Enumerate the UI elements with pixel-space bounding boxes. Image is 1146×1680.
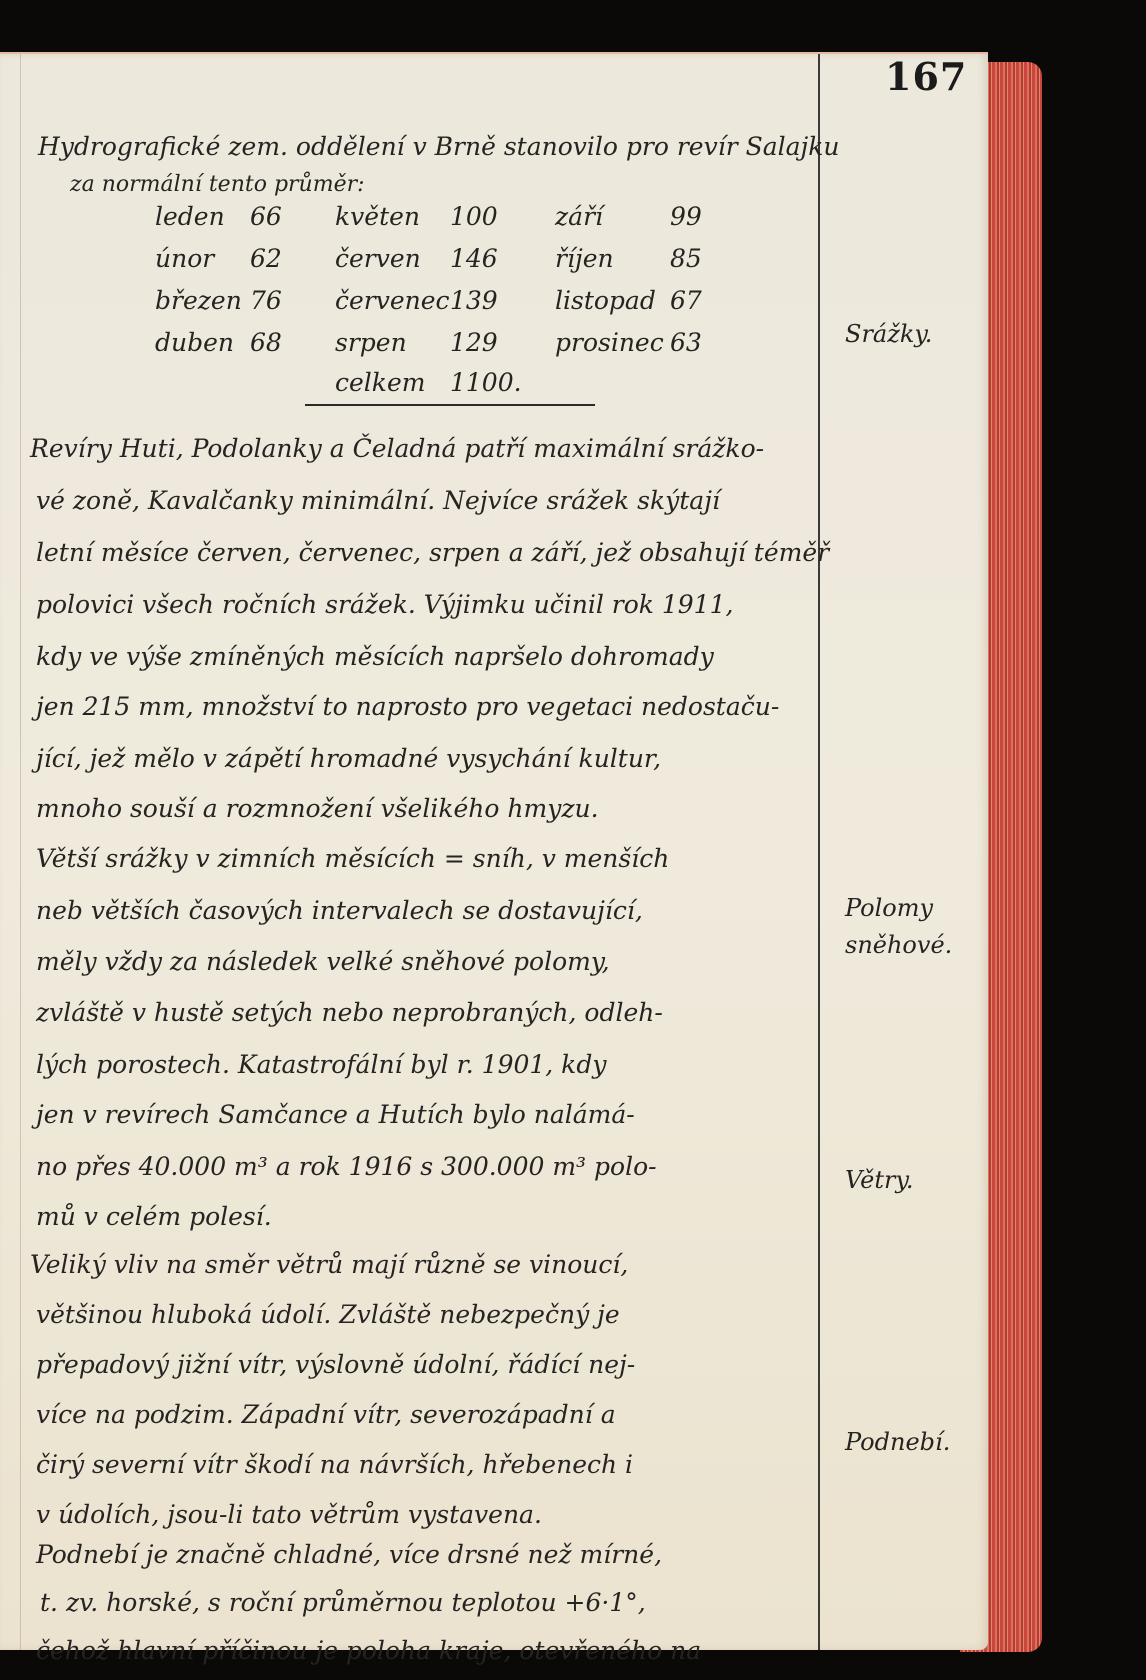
body-line: Podnebí je značně chladné, více drsné ne… — [36, 1540, 662, 1569]
manuscript-page: 167 Hydrografické zem. oddělení v Brně s… — [0, 52, 988, 1650]
body-line: vé zoně, Kavalčanky minimální. Nejvíce s… — [36, 486, 720, 515]
month-value: 66 — [250, 202, 282, 231]
month-name: říjen — [555, 244, 614, 273]
month-row: srpen129 — [335, 328, 407, 357]
month-name: červenec — [335, 286, 450, 315]
month-name: duben — [155, 328, 234, 357]
month-name: červen — [335, 244, 421, 273]
body-line: většinou hluboká údolí. Zvláště nebezpeč… — [36, 1300, 620, 1329]
month-row: říjen85 — [555, 244, 614, 273]
month-value: 99 — [670, 202, 702, 231]
body-line: letní měsíce červen, červenec, srpen a z… — [36, 538, 829, 567]
month-name: únor — [155, 244, 214, 273]
body-line: více na podzim. Západní vítr, severozápa… — [36, 1400, 616, 1429]
month-name: srpen — [335, 328, 407, 357]
body-line: zvláště v hustě setých nebo neprobraných… — [36, 998, 663, 1027]
body-line: jen 215 mm, množství to naprosto pro veg… — [36, 692, 779, 721]
month-row: květen100 — [335, 202, 420, 231]
body-line: Větší srážky v zimních měsících = sníh, … — [36, 844, 669, 873]
month-name: prosinec — [555, 328, 664, 357]
total-underline — [305, 404, 595, 406]
body-line: jící, jež mělo v zápětí hromadné vysychá… — [36, 744, 661, 773]
month-row: únor62 — [155, 244, 214, 273]
month-value: 85 — [670, 244, 702, 273]
total-row: celkem1100. — [335, 368, 425, 397]
body-line: t. zv. horské, s roční průměrnou teploto… — [40, 1588, 646, 1617]
body-line: mnoho souší a rozmnožení všelikého hmyzu… — [36, 794, 599, 823]
total-value: 1100. — [450, 368, 522, 397]
body-line: čirý severní vítr škodí na návrších, hře… — [36, 1450, 633, 1479]
month-row: červenec139 — [335, 286, 450, 315]
month-row: březen76 — [155, 286, 242, 315]
body-line: přepadový jižní vítr, výslovně údolní, ř… — [36, 1350, 635, 1379]
intro-line-2: za normální tento průměr: — [70, 172, 365, 197]
month-name: leden — [155, 202, 225, 231]
body-line: lých porostech. Katastrofální byl r. 190… — [36, 1050, 606, 1079]
month-value: 67 — [670, 286, 702, 315]
body-line: Veliký vliv na směr větrů mají různě se … — [30, 1250, 628, 1279]
month-row: prosinec63 — [555, 328, 664, 357]
body-line: měly vždy za následek velké sněhové polo… — [36, 947, 610, 976]
margin-rule — [818, 54, 820, 1650]
body-line: mů v celém polesí. — [36, 1202, 272, 1231]
margin-note-snow-breakage: Polomy sněhové. — [845, 890, 952, 964]
month-value: 139 — [450, 286, 498, 315]
body-line: no přes 40.000 m³ a rok 1916 s 300.000 m… — [36, 1152, 657, 1181]
body-line: Revíry Huti, Podolanky a Čeladná patří m… — [30, 434, 764, 463]
month-name: květen — [335, 202, 420, 231]
margin-note-line: Polomy — [845, 890, 952, 927]
gutter-fold — [20, 54, 21, 1650]
month-row: duben68 — [155, 328, 234, 357]
body-line: neb větších časových intervalech se dost… — [36, 896, 643, 925]
body-line: kdy ve výše zmíněných měsících napršelo … — [36, 642, 714, 671]
month-name: září — [555, 202, 603, 231]
margin-note-winds: Větry. — [845, 1162, 913, 1199]
margin-note-climate: Podnebí. — [845, 1424, 950, 1461]
month-value: 100 — [450, 202, 498, 231]
month-value: 146 — [450, 244, 498, 273]
month-value: 63 — [670, 328, 702, 357]
month-value: 62 — [250, 244, 282, 273]
body-line: v údolích, jsou-li tato větrům vystavena… — [36, 1500, 542, 1529]
margin-note-line: sněhové. — [845, 927, 952, 964]
month-row: září99 — [555, 202, 603, 231]
month-row: červen146 — [335, 244, 421, 273]
body-line: polovici všech ročních srážek. Výjimku u… — [36, 590, 733, 619]
month-name: listopad — [555, 286, 656, 315]
month-value: 76 — [250, 286, 282, 315]
margin-note-precipitation: Srážky. — [845, 316, 932, 353]
month-value: 68 — [250, 328, 282, 357]
month-name: březen — [155, 286, 242, 315]
intro-line-1: Hydrografické zem. oddělení v Brně stano… — [38, 132, 840, 161]
body-line: čehož hlavní příčinou je poloha kraje, o… — [36, 1636, 701, 1665]
body-line: jen v revírech Samčance a Hutích bylo na… — [36, 1100, 635, 1129]
month-row: listopad67 — [555, 286, 656, 315]
month-row: leden66 — [155, 202, 225, 231]
page-number: 167 — [885, 54, 967, 99]
month-value: 129 — [450, 328, 498, 357]
total-label: celkem — [335, 368, 425, 397]
